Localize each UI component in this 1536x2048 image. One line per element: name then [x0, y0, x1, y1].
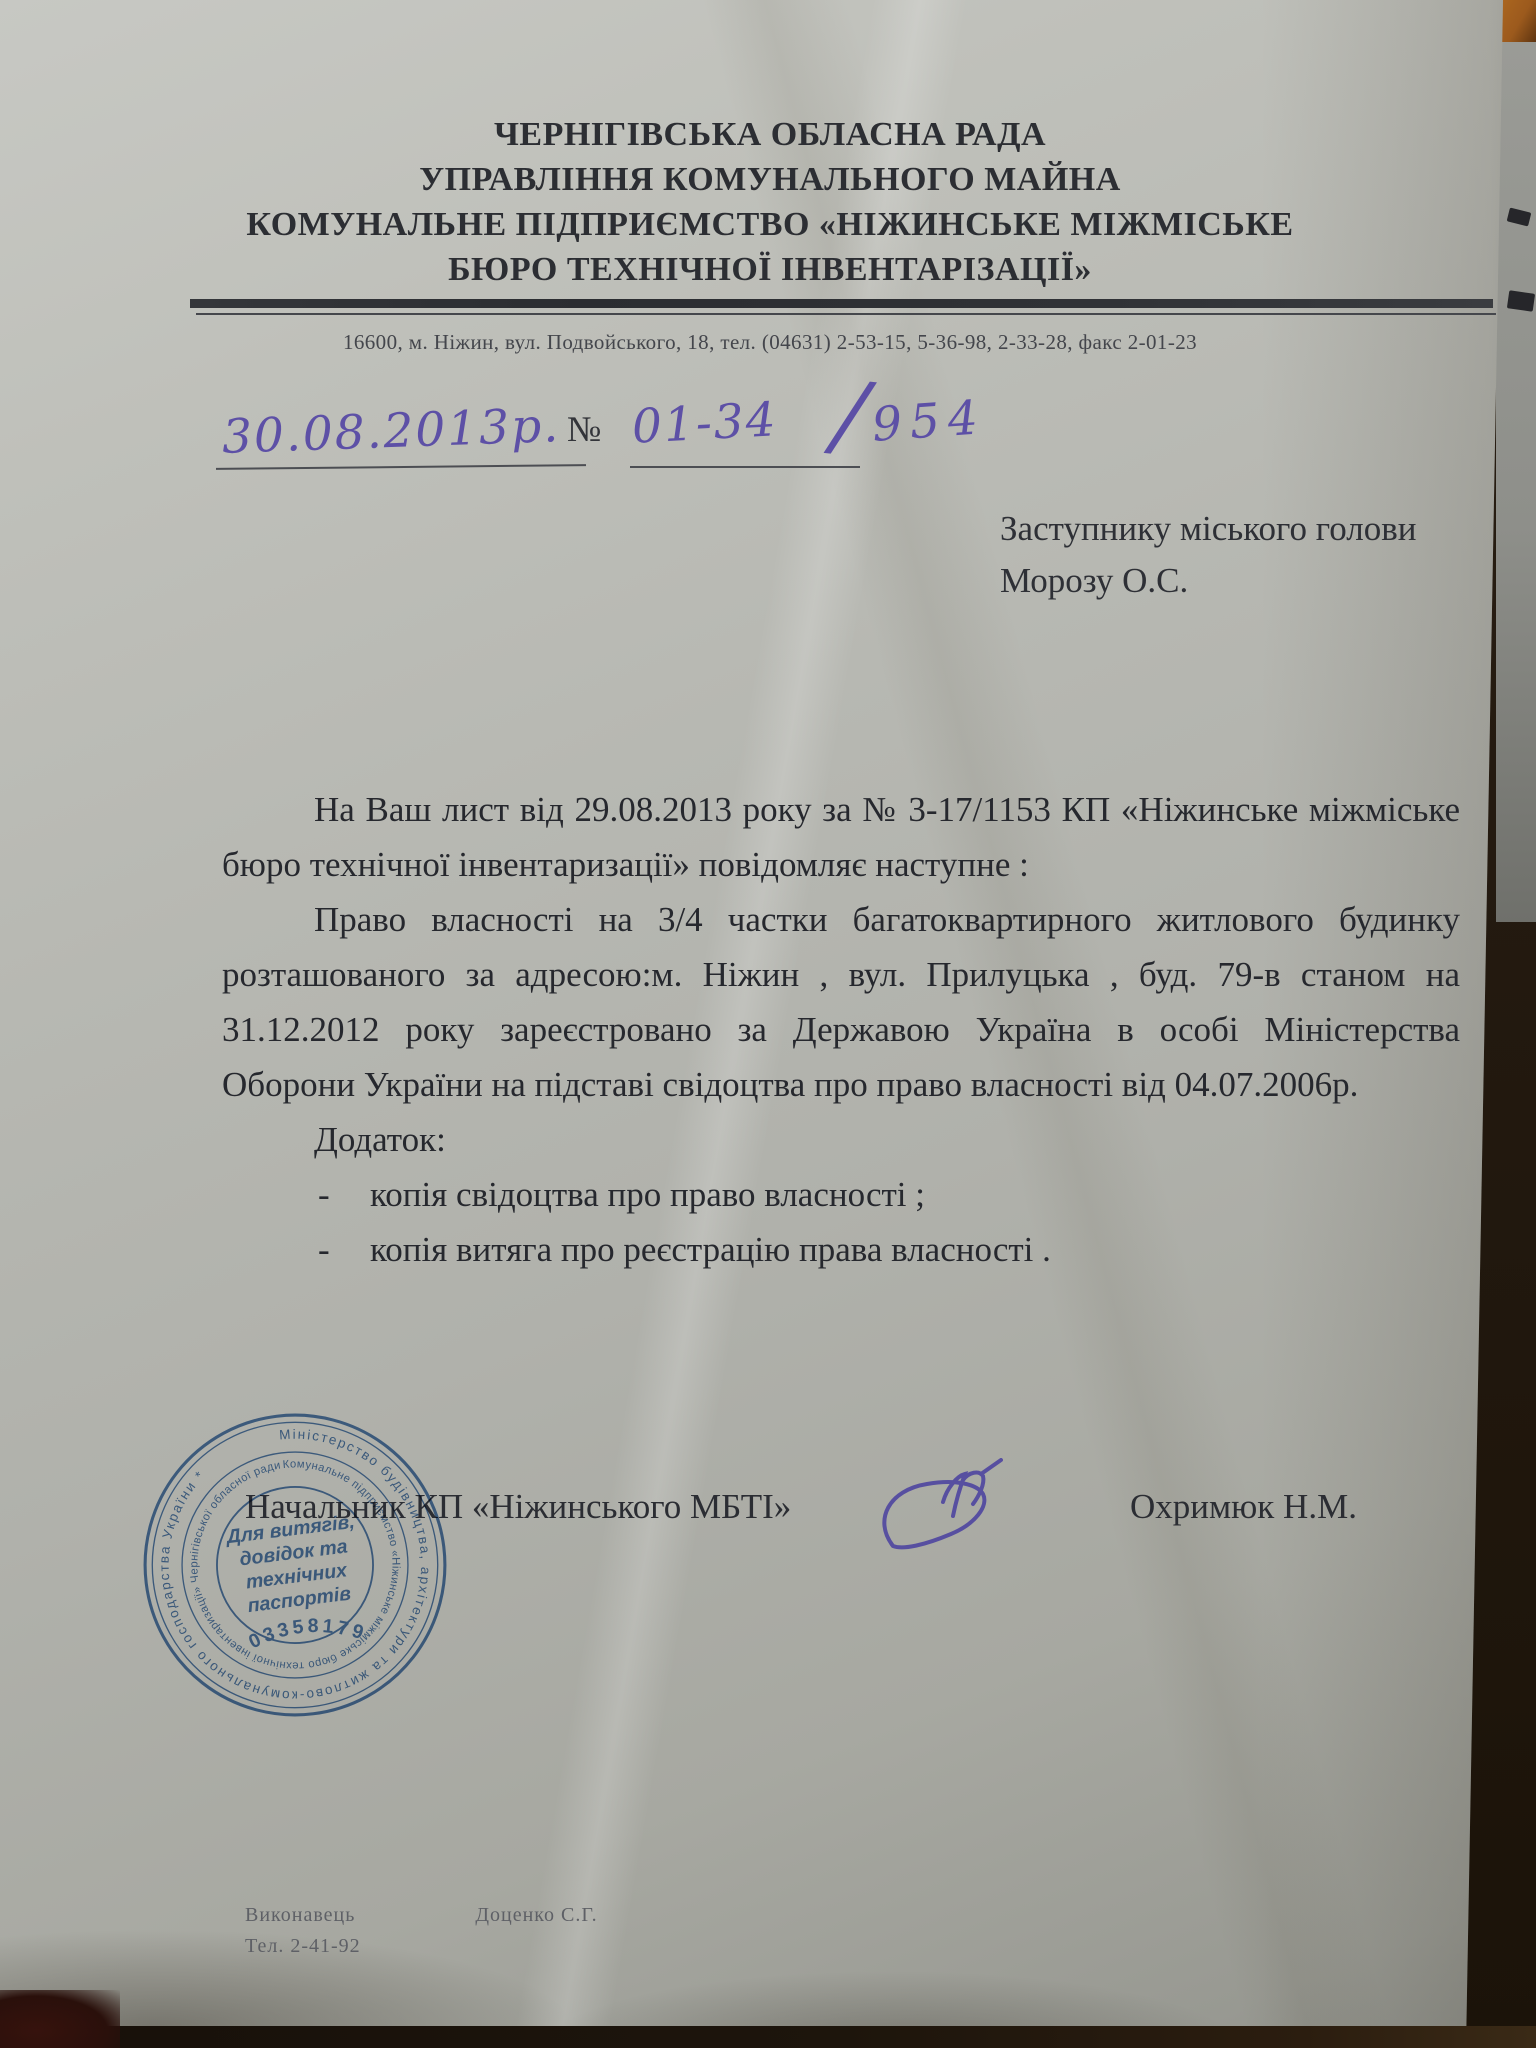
letterhead-divider-thin [196, 313, 1496, 315]
executor-name: Доценко С.Г. [475, 1904, 597, 1926]
stamp-center-text: Для витягів, довідок та технічних паспор… [223, 1511, 364, 1619]
attachment-text: копія витяга про реєстрацію права власно… [370, 1222, 1051, 1277]
reference-line: 30.08.2013р. № 01-34 / 954 [222, 394, 1022, 484]
handwritten-slash: / [829, 361, 873, 471]
list-dash: - [318, 1167, 370, 1222]
letterhead-divider [190, 299, 1493, 308]
number-sign: № [567, 408, 601, 450]
executor-label: Виконавець [245, 1904, 355, 1926]
underline [216, 464, 586, 470]
letterhead-line: БЮРО ТЕХНІЧНОЇ ІНВЕНТАРІЗАЦІЇ» [120, 247, 1420, 292]
handwritten-date: 30.08.2013р. [221, 398, 561, 465]
attachment-item: - копія витяга про реєстрацію права влас… [222, 1222, 1460, 1277]
signature-name: Охримюк Н.М. [1130, 1487, 1357, 1527]
stamp-number: 03358179 [244, 1608, 372, 1659]
background-sheet [1496, 42, 1536, 922]
table-shadow-strip [0, 2026, 1536, 2048]
recipient-line: Морозу О.С. [1000, 555, 1416, 607]
underline [630, 466, 860, 468]
round-stamp: Міністерство будівництва, архітектури та… [123, 1393, 466, 1736]
letterhead-address: 16600, м. Ніжин, вул. Подвойського, 18, … [120, 330, 1420, 355]
attachment-item: - копія свідоцтва про право власності ; [222, 1167, 1460, 1222]
body-paragraph: На Ваш лист від 29.08.2013 року за № 3-1… [222, 782, 1460, 892]
letterhead: ЧЕРНІГІВСЬКА ОБЛАСНА РАДА УПРАВЛІННЯ КОМ… [120, 112, 1420, 292]
attachment-text: копія свідоцтва про право власності ; [370, 1167, 925, 1222]
executor-phone: Тел. 2-41-92 [245, 1931, 598, 1962]
recipient-block: Заступнику міського голови Морозу О.С. [1000, 503, 1416, 607]
handwritten-number: 954 [870, 390, 987, 453]
letterhead-line: КОМУНАЛЬНЕ ПІДПРИЄМСТВО «НІЖИНСЬКЕ МІЖМІ… [120, 202, 1420, 247]
document-photo: ЧЕРНІГІВСЬКА ОБЛАСНА РАДА УПРАВЛІННЯ КОМ… [0, 0, 1536, 2048]
attachment-label: Додаток: [222, 1112, 1460, 1167]
background-mark [1507, 290, 1535, 311]
recipient-line: Заступнику міського голови [1000, 503, 1416, 555]
handwritten-signature [855, 1450, 1055, 1580]
body-paragraph: Право власності на 3/4 частки багатоквар… [222, 892, 1460, 1112]
handwritten-number: 01-34 [631, 392, 779, 455]
executor-block: ВиконавецьДоценко С.Г. Тел. 2-41-92 [245, 1900, 598, 1962]
dark-corner-mark [0, 1990, 120, 2048]
letterhead-line: УПРАВЛІННЯ КОМУНАЛЬНОГО МАЙНА [120, 157, 1420, 202]
letter-page: ЧЕРНІГІВСЬКА ОБЛАСНА РАДА УПРАВЛІННЯ КОМ… [0, 0, 1536, 2048]
letterhead-line: ЧЕРНІГІВСЬКА ОБЛАСНА РАДА [120, 112, 1420, 157]
letter-body: На Ваш лист від 29.08.2013 року за № 3-1… [222, 782, 1460, 1277]
list-dash: - [318, 1222, 370, 1277]
